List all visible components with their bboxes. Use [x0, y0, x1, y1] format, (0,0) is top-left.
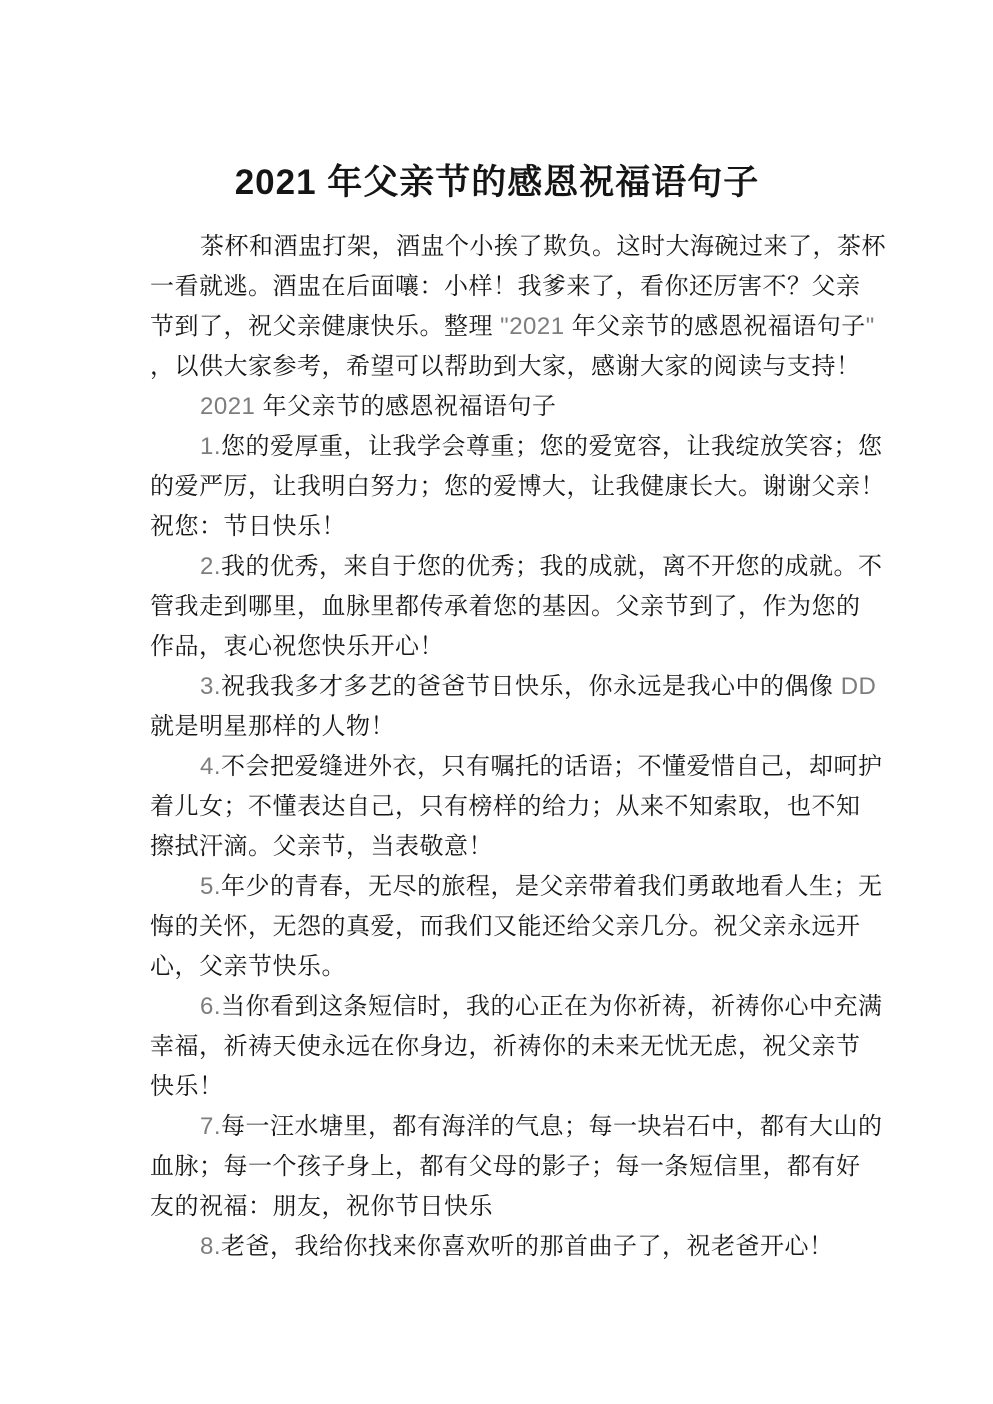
text-line: 的爱严厉，让我明白努力；您的爱博大，让我健康长大。谢谢父亲！ — [150, 467, 844, 507]
text-line: 悔的关怀，无怨的真爱，而我们又能还给父亲几分。祝父亲永远开 — [150, 907, 844, 947]
text-line: 4.不会把爱缝进外衣，只有嘱托的话语；不懂爱惜自己，却呵护 — [150, 747, 844, 787]
cjk-text-run: 幸福，祈祷天使永远在你身边，祈祷你的未来无忧无虑，祝父亲节 — [150, 1033, 861, 1060]
cjk-text-run: 年父亲节的感恩祝福语句子 — [572, 313, 866, 340]
text-line: 祝您：节日快乐！ — [150, 507, 844, 547]
cjk-text-run: 当你看到这条短信时，我的心正在为你祈祷，祈祷你心中充满 — [221, 993, 883, 1020]
cjk-text-run: 年少的青春，无尽的旅程，是父亲带着我们勇敢地看人生；无 — [221, 873, 883, 900]
text-line: 1.您的爱厚重，让我学会尊重；您的爱宽容，让我绽放笑容；您 — [150, 427, 844, 467]
cjk-text-run: 友的祝福：朋友，祝你节日快乐 — [150, 1193, 493, 1220]
text-line: ，以供大家参考，希望可以帮助到大家，感谢大家的阅读与支持！ — [150, 347, 844, 387]
cjk-text-run: 悔的关怀，无怨的真爱，而我们又能还给父亲几分。祝父亲永远开 — [150, 913, 861, 940]
text-line: 着儿女；不懂表达自己，只有榜样的给力；从来不知索取，也不知 — [150, 787, 844, 827]
cjk-text-run: 老爸，我给你找来你喜欢听的那首曲子了，祝老爸开心！ — [221, 1233, 834, 1260]
cjk-text-run: 就是明星那样的人物！ — [150, 713, 395, 740]
cjk-text-run: 茶杯和酒盅打架，酒盅个小挨了欺负。这时大海碗过来了，茶杯 — [200, 233, 886, 260]
cjk-text-run: 血脉；每一个孩子身上，都有父母的影子；每一条短信里，都有好 — [150, 1153, 861, 1180]
cjk-text-run: 一看就逃。酒盅在后面嚷：小样！我爹来了，看你还厉害不？父亲 — [150, 273, 861, 300]
cjk-text-run: 擦拭汗滴。父亲节，当表敬意！ — [150, 833, 493, 860]
cjk-text-run: 您的爱厚重，让我学会尊重；您的爱宽容，让我绽放笑容；您 — [221, 433, 883, 460]
text-line: 友的祝福：朋友，祝你节日快乐 — [150, 1187, 844, 1227]
text-line: 节到了，祝父亲健康快乐。整理 "2021 年父亲节的感恩祝福语句子" — [150, 307, 844, 347]
text-line: 2.我的优秀，来自于您的优秀；我的成就，离不开您的成就。不 — [150, 547, 844, 587]
cjk-text-run: 我的优秀，来自于您的优秀；我的成就，离不开您的成就。不 — [221, 553, 883, 580]
page-title: 2021 年父亲节的感恩祝福语句子 — [150, 159, 844, 207]
text-line: 一看就逃。酒盅在后面嚷：小样！我爹来了，看你还厉害不？父亲 — [150, 267, 844, 307]
text-line: 就是明星那样的人物！ — [150, 707, 844, 747]
text-line: 擦拭汗滴。父亲节，当表敬意！ — [150, 827, 844, 867]
cjk-text-run: 快乐！ — [150, 1073, 224, 1100]
cjk-text-run: 心，父亲节快乐。 — [150, 953, 346, 980]
cjk-text-run: 每一汪水塘里，都有海洋的气息；每一块岩石中，都有大山的 — [221, 1113, 883, 1140]
text-line: 8.老爸，我给你找来你喜欢听的那首曲子了，祝老爸开心！ — [150, 1227, 844, 1267]
text-line: 3.祝我我多才多艺的爸爸节日快乐，你永远是我心中的偶像 DD — [150, 667, 844, 707]
text-line: 幸福，祈祷天使永远在你身边，祈祷你的未来无忧无虑，祝父亲节 — [150, 1027, 844, 1067]
cjk-text-run: 祝我我多才多艺的爸爸节日快乐，你永远是我心中的偶像 — [221, 673, 841, 700]
cjk-text-run: 节到了，祝父亲健康快乐。整理 — [150, 313, 500, 340]
text-line: 作品，衷心祝您快乐开心！ — [150, 627, 844, 667]
latin-text-run: 2021 — [200, 393, 263, 420]
cjk-text-run: 祝您：节日快乐！ — [150, 513, 346, 540]
cjk-text-run: 年父亲节的感恩祝福语句子 — [263, 393, 557, 420]
text-line: 6.当你看到这条短信时，我的心正在为你祈祷，祈祷你心中充满 — [150, 987, 844, 1027]
latin-text-run: DD — [841, 673, 877, 700]
cjk-text-run: 的爱严厉，让我明白努力；您的爱博大，让我健康长大。谢谢父亲！ — [150, 473, 885, 500]
latin-text-run: 3. — [200, 673, 221, 700]
cjk-text-run: 不会把爱缝进外衣，只有嘱托的话语；不懂爱惜自己，却呵护 — [221, 753, 883, 780]
cjk-text-run: 着儿女；不懂表达自己，只有榜样的给力；从来不知索取，也不知 — [150, 793, 861, 820]
latin-text-run: 4. — [200, 753, 221, 780]
latin-text-run: 6. — [200, 993, 221, 1020]
text-line: 管我走到哪里，血脉里都传承着您的基因。父亲节到了，作为您的 — [150, 587, 844, 627]
cjk-text-run: 作品，衷心祝您快乐开心！ — [150, 633, 444, 660]
text-line: 7.每一汪水塘里，都有海洋的气息；每一块岩石中，都有大山的 — [150, 1107, 844, 1147]
document-body: 茶杯和酒盅打架，酒盅个小挨了欺负。这时大海碗过来了，茶杯一看就逃。酒盅在后面嚷：… — [150, 227, 844, 1267]
text-line: 茶杯和酒盅打架，酒盅个小挨了欺负。这时大海碗过来了，茶杯 — [150, 227, 844, 267]
latin-text-run: 8. — [200, 1233, 221, 1260]
latin-text-run: 1. — [200, 433, 221, 460]
text-line: 2021 年父亲节的感恩祝福语句子 — [150, 387, 844, 427]
text-line: 5.年少的青春，无尽的旅程，是父亲带着我们勇敢地看人生；无 — [150, 867, 844, 907]
text-line: 心，父亲节快乐。 — [150, 947, 844, 987]
latin-text-run: 7. — [200, 1113, 221, 1140]
latin-text-run: 2. — [200, 553, 221, 580]
latin-text-run: 5. — [200, 873, 221, 900]
text-line: 快乐！ — [150, 1067, 844, 1107]
latin-text-run: " — [866, 313, 875, 340]
cjk-text-run: 管我走到哪里，血脉里都传承着您的基因。父亲节到了，作为您的 — [150, 593, 861, 620]
document-page: 2021 年父亲节的感恩祝福语句子 茶杯和酒盅打架，酒盅个小挨了欺负。这时大海碗… — [0, 0, 993, 1404]
cjk-text-run: ，以供大家参考，希望可以帮助到大家，感谢大家的阅读与支持！ — [150, 353, 861, 380]
text-line: 血脉；每一个孩子身上，都有父母的影子；每一条短信里，都有好 — [150, 1147, 844, 1187]
latin-text-run: "2021 — [500, 313, 572, 340]
